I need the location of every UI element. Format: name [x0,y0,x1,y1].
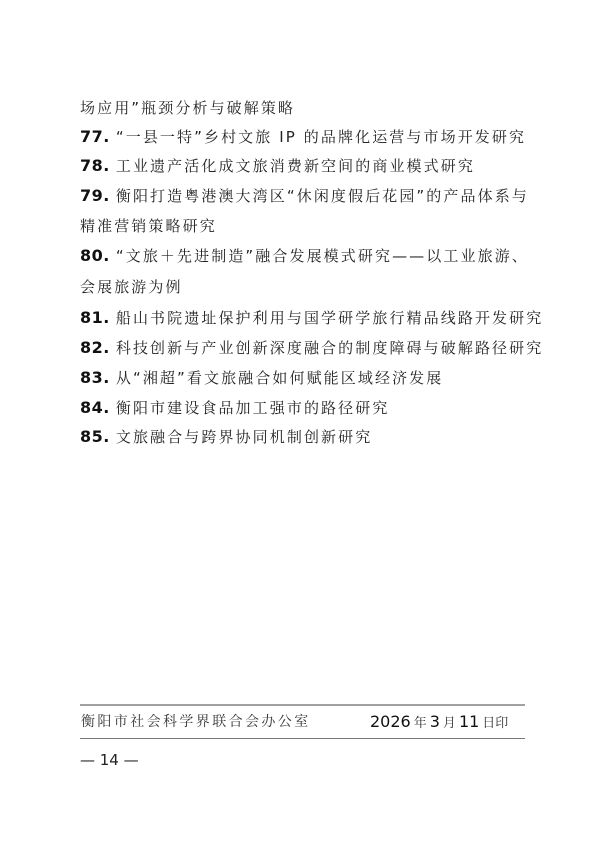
date-year: 2026 [370,712,411,731]
item-text: “一县一特”乡村文旅 IP 的品牌化运营与市场开发研究 [116,128,526,146]
list-item-78: 78.工业遗产活化成文旅消费新空间的商业模式研究 [80,156,540,176]
footer-top-rule [80,704,525,706]
date-day-char: 日印 [482,716,508,731]
page-number: — 14 — [80,750,139,770]
list-item-84: 84.衡阳市建设食品加工强市的路径研究 [80,398,540,418]
list-item-83: 83.从“湘超”看文旅融合如何赋能区域经济发展 [80,368,540,388]
list-item-77: 77.“一县一特”乡村文旅 IP 的品牌化运营与市场开发研究 [80,127,540,147]
list-item-82: 82.科技创新与产业创新深度融合的制度障碍与破解路径研究 [80,338,540,358]
item-number: 81. [80,308,110,327]
list-item-79: 79.衡阳打造粤港澳大湾区“休闲度假后花园”的产品体系与 [80,186,540,206]
date-month-char: 月 [443,716,456,731]
item-text: 船山书院遗址保护利用与国学研学旅行精品线路开发研究 [116,309,544,327]
item-number: 85. [80,427,110,446]
item-text: 工业遗产活化成文旅消费新空间的商业模式研究 [116,157,475,175]
list-item-79-continuation: 精准营销策略研究 [80,216,540,236]
item-number: 83. [80,368,110,387]
item-text: 文旅融合与跨界协同机制创新研究 [116,428,373,446]
list-item-80: 80.“文旅＋先进制造”融合发展模式研究——以工业旅游、 [80,246,540,266]
item-text: 科技创新与产业创新深度融合的制度障碍与破解路径研究 [116,339,544,357]
list-item-80-continuation: 会展旅游为例 [80,277,540,297]
document-page: 场应用”瓶颈分析与破解策略 77.“一县一特”乡村文旅 IP 的品牌化运营与市场… [0,0,600,848]
footer-print-date: 2026年3月11日印 [370,712,511,734]
date-year-char: 年 [414,716,427,731]
item-text: 衡阳市建设食品加工强市的路径研究 [116,399,390,417]
item-number: 80. [80,246,110,265]
item-number: 82. [80,338,110,357]
item-text: 从“湘超”看文旅融合如何赋能区域经济发展 [116,369,444,387]
item-number: 77. [80,127,110,146]
date-day: 11 [459,712,479,731]
item-text: 会展旅游为例 [80,278,183,296]
list-item-85: 85.文旅融合与跨界协同机制创新研究 [80,427,540,447]
item-text: 精准营销策略研究 [80,217,217,235]
date-month: 3 [430,712,440,731]
item-text: 场应用”瓶颈分析与破解策略 [80,99,295,117]
item-number: 84. [80,398,110,417]
list-item-continuation: 场应用”瓶颈分析与破解策略 [80,98,540,118]
list-item-81: 81.船山书院遗址保护利用与国学研学旅行精品线路开发研究 [80,308,540,328]
footer-bottom-rule [80,738,525,739]
item-text: “文旅＋先进制造”融合发展模式研究——以工业旅游、 [116,247,529,265]
item-text: 衡阳打造粤港澳大湾区“休闲度假后花园”的产品体系与 [116,187,529,205]
item-number: 78. [80,156,110,175]
footer-organization: 衡阳市社会科学界联合会办公室 [81,712,311,732]
item-number: 79. [80,186,110,205]
